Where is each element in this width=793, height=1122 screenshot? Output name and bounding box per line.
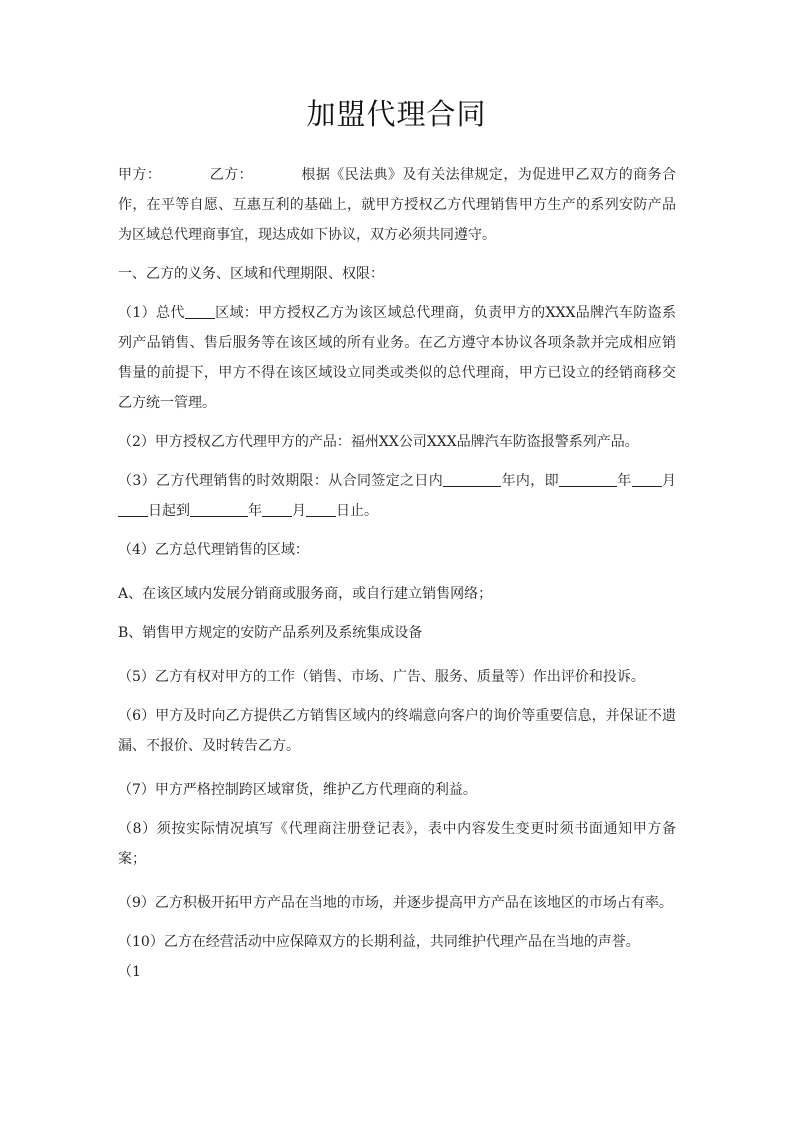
party-a-label: 甲方： bbox=[118, 167, 161, 183]
end-day-blank bbox=[306, 502, 336, 517]
region-blank bbox=[185, 304, 215, 319]
clause-3-text-7: 日止。 bbox=[336, 503, 378, 519]
clause-3-text-5: 年 bbox=[248, 503, 262, 519]
clause-4b: B、销售甲方规定的安防产品系列及系统集成设备 bbox=[118, 618, 676, 648]
clause-1-prefix: （1）总代 bbox=[118, 305, 185, 321]
clause-3-text-1: 年内，即 bbox=[501, 473, 559, 489]
clause-3-text-2: 年 bbox=[617, 473, 632, 489]
clause-1: （1）总代区域：甲方授权乙方为该区域总代理商，负责甲方的XXX品牌汽车防盗系列产… bbox=[118, 298, 676, 418]
end-year-blank bbox=[190, 502, 248, 517]
end-month-blank bbox=[262, 502, 292, 517]
clause-9: （9）乙方积极开拓甲方产品在当地的市场，并逐步提高甲方产品在该地区的市场占有率。 bbox=[118, 888, 676, 918]
document-page: 加盟代理合同 甲方：乙方：根据《民法典》及有关法律规定，为促进甲乙双方的商务合作… bbox=[0, 0, 793, 1122]
party-b-label: 乙方： bbox=[209, 167, 253, 183]
clause-3-text-0: （3）乙方代理销售的时效期限：从合同签定之日内 bbox=[118, 473, 443, 489]
clause-3: （3）乙方代理销售的时效期限：从合同签定之日内年内，即年月日起到年月日止。 bbox=[118, 466, 676, 526]
clause-3-text-6: 月 bbox=[292, 503, 306, 519]
clause-7: （7）甲方严格控制跨区域窜货，维护乙方代理商的利益。 bbox=[118, 775, 676, 805]
clause-2: （2）甲方授权乙方代理甲方的产品：福州XX公司XXX品牌汽车防盗报警系列产品。 bbox=[118, 427, 676, 457]
document-title: 加盟代理合同 bbox=[0, 94, 793, 134]
clause-1-text: 区域：甲方授权乙方为该区域总代理商，负责甲方的XXX品牌汽车防盗系列产品销售、售… bbox=[118, 305, 676, 411]
intro-paragraph: 甲方：乙方：根据《民法典》及有关法律规定，为促进甲乙双方的商务合作，在平等自愿、… bbox=[118, 160, 676, 250]
clause-4: （4）乙方总代理销售的区域： bbox=[118, 535, 676, 565]
years-blank bbox=[443, 472, 501, 487]
start-year-blank bbox=[559, 472, 617, 487]
clause-6: （6）甲方及时向乙方提供乙方销售区域内的终端意向客户的询价等重要信息，并保证不遗… bbox=[118, 701, 676, 761]
clause-10: （10）乙方在经营活动中应保障双方的长期利益，共同维护代理产品在当地的声誉。 bbox=[118, 927, 676, 957]
clause-5: （5）乙方有权对甲方的工作（销售、市场、广告、服务、质量等）作出评价和投诉。 bbox=[118, 662, 676, 692]
clause-3-text-4: 日起到 bbox=[148, 503, 190, 519]
clause-11-partial: （1 bbox=[118, 957, 676, 987]
clause-3-text-3: 月 bbox=[662, 473, 676, 489]
start-day-blank bbox=[118, 502, 148, 517]
document-body: 甲方：乙方：根据《民法典》及有关法律规定，为促进甲乙双方的商务合作，在平等自愿、… bbox=[118, 160, 676, 987]
start-month-blank bbox=[632, 472, 662, 487]
clause-8: （8）须按实际情况填写《代理商注册登记表》，表中内容发生变更时须书面通知甲方备案… bbox=[118, 814, 676, 874]
section-heading: 一、乙方的义务、区域和代理期限、权限： bbox=[118, 259, 676, 289]
clause-4a: A、在该区域内发展分销商或服务商，或自行建立销售网络； bbox=[118, 579, 676, 609]
intro-text: 根据《民法典》及有关法律规定，为促进甲乙双方的商务合作，在平等自愿、互惠互利的基… bbox=[118, 167, 676, 243]
